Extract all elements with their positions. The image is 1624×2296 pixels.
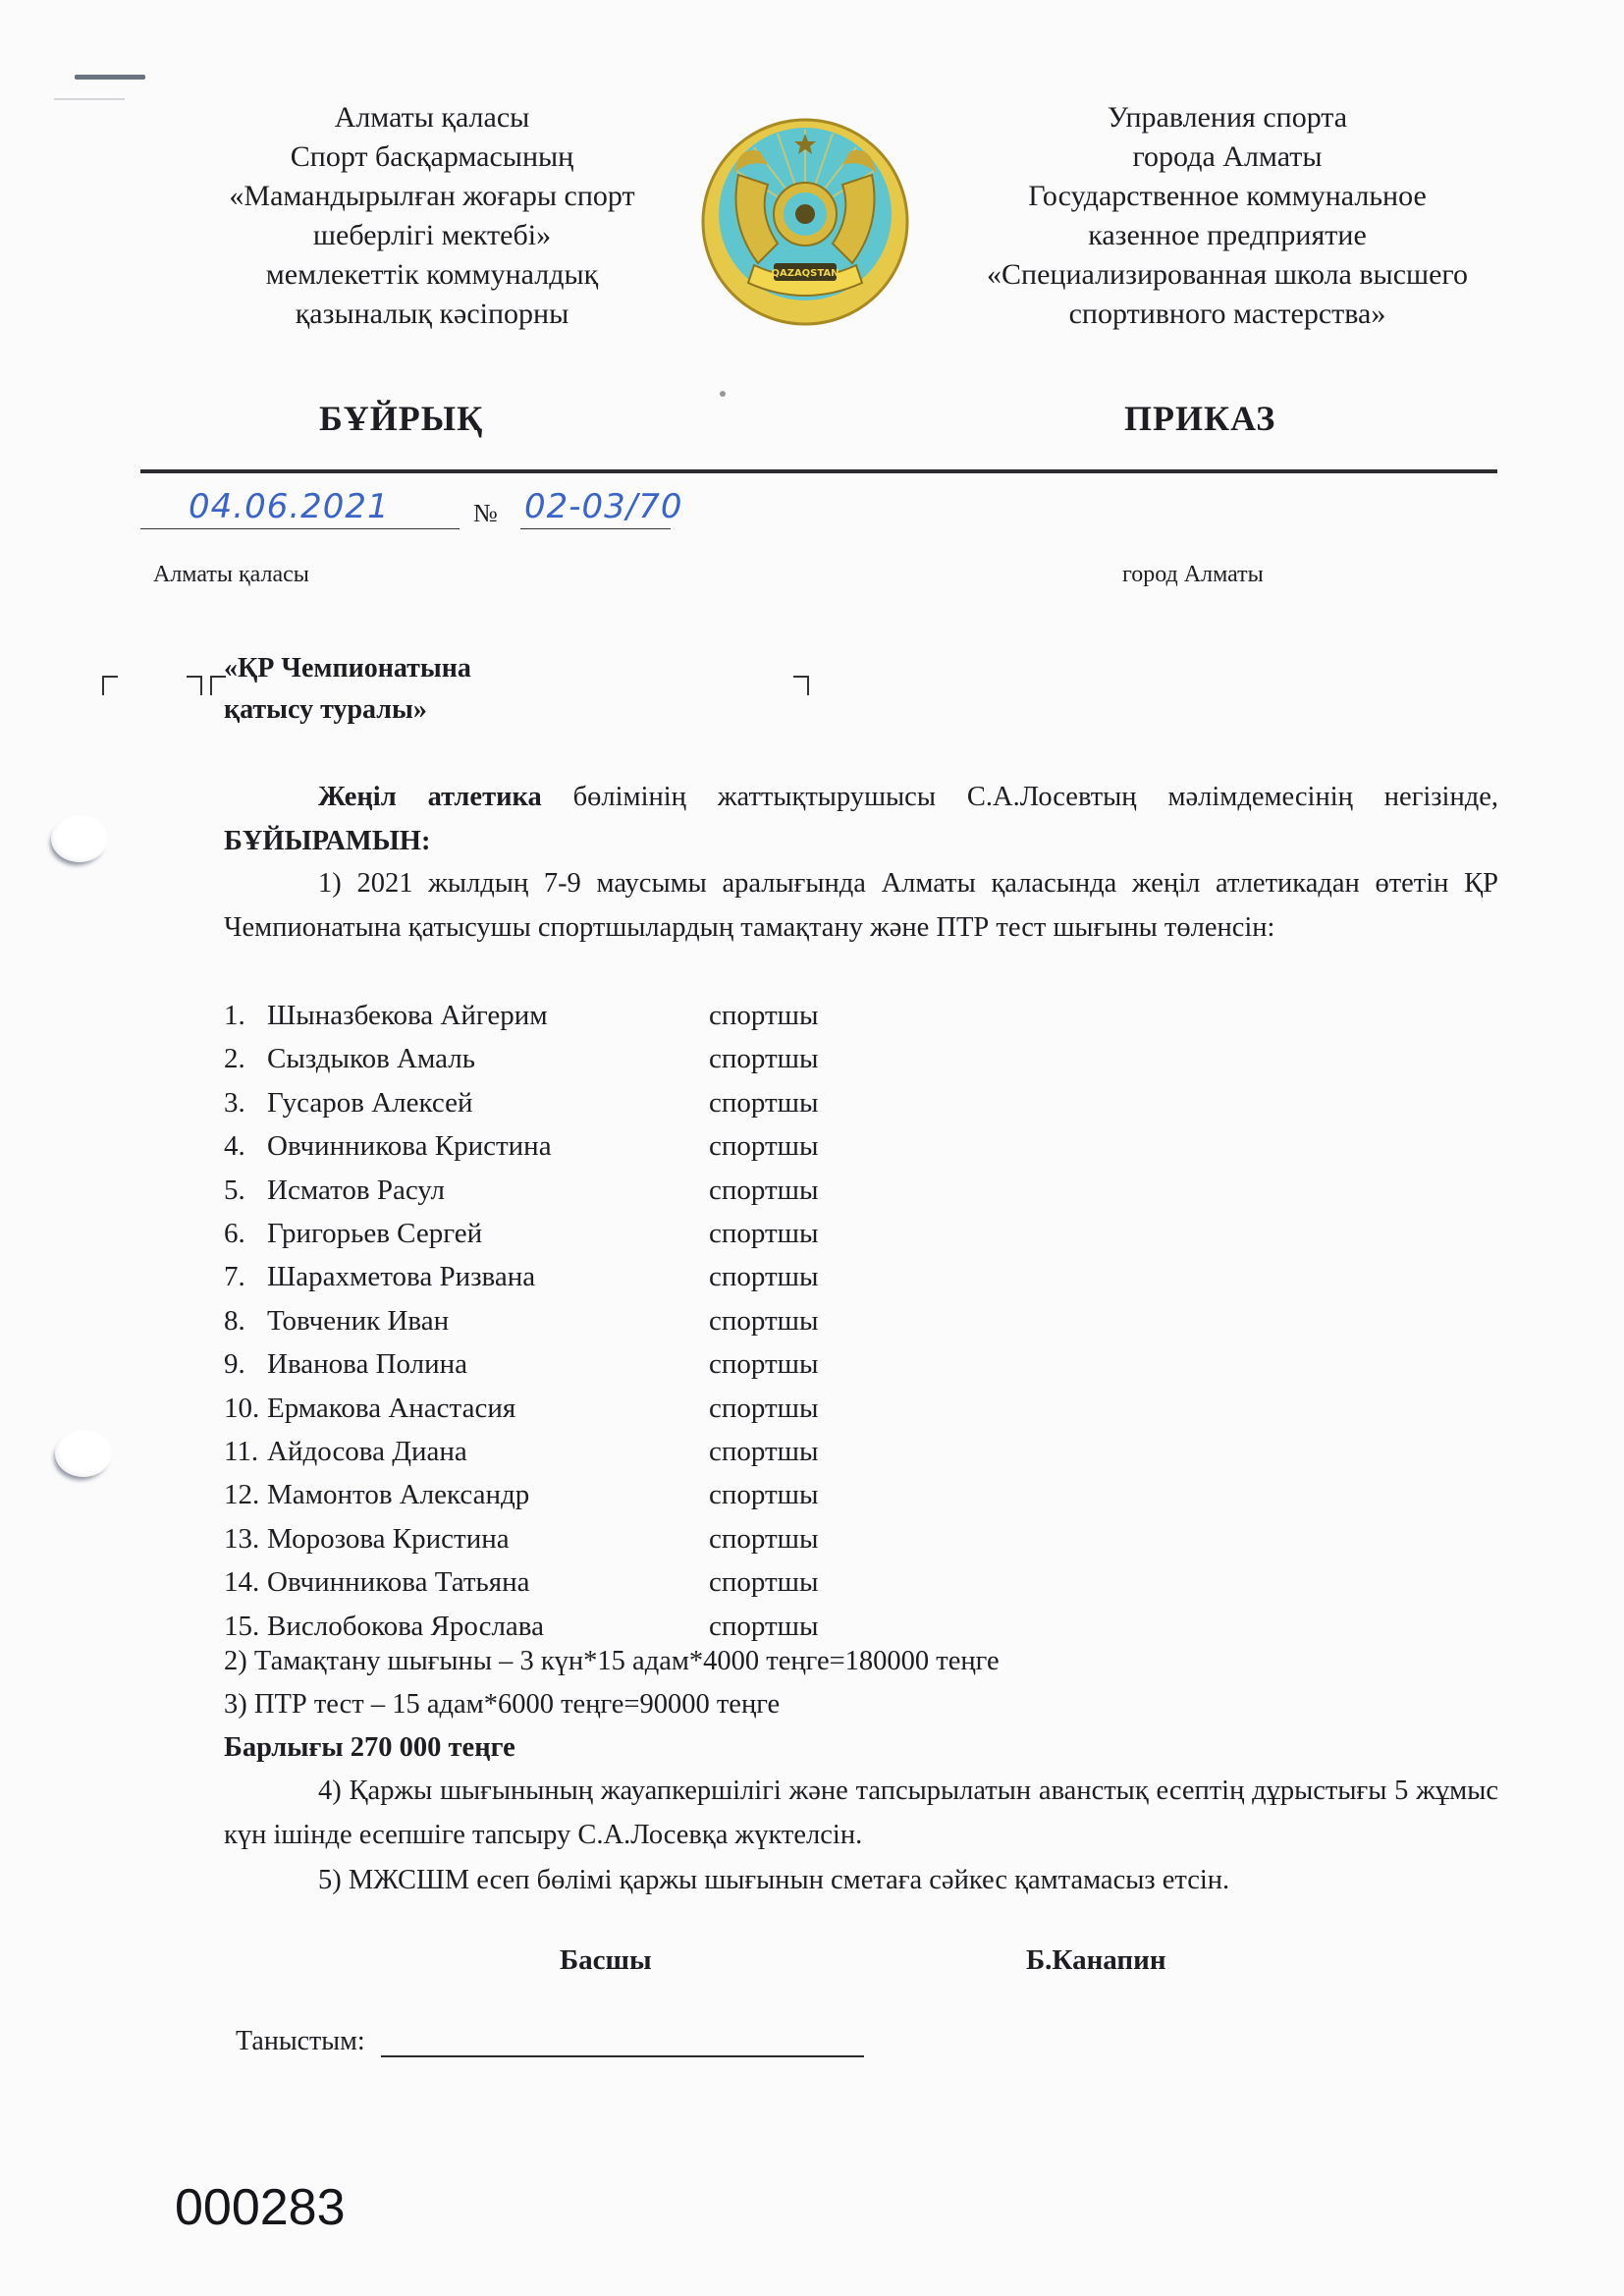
scan-speck <box>720 391 726 397</box>
athlete-name: Морозова Кристина <box>267 1517 709 1560</box>
list-item: 5.Исматов Расулспортшы <box>224 1169 846 1212</box>
athlete-name: Иванова Полина <box>267 1342 709 1386</box>
list-item: 3.Гусаров Алексейспортшы <box>224 1081 846 1124</box>
athlete-name: Гусаров Алексей <box>267 1081 709 1124</box>
athlete-role: спортшы <box>709 1255 846 1298</box>
number-underline <box>520 528 671 529</box>
athlete-name: Мамонтов Александр <box>267 1473 709 1516</box>
athlete-index: 14. <box>224 1560 267 1604</box>
subject-corner-mark <box>793 676 809 695</box>
subject-corner-mark <box>102 676 118 695</box>
kazakhstan-emblem-icon: QAZAQSTAN <box>699 116 911 328</box>
athlete-name: Исматов Расул <box>267 1169 709 1212</box>
city-ru: город Алматы <box>1122 562 1264 588</box>
list-item: 4.Овчинникова Кристинаспортшы <box>224 1124 846 1168</box>
athlete-name: Овчинникова Татьяна <box>267 1560 709 1604</box>
order-number: 02-03/70 <box>524 487 683 526</box>
athlete-index: 7. <box>224 1255 267 1298</box>
athlete-index: 10. <box>224 1387 267 1430</box>
athlete-role: спортшы <box>709 1299 846 1342</box>
athlete-index: 9. <box>224 1342 267 1386</box>
food-cost: 2) Тамақтану шығыны – 3 күн*15 адам*4000… <box>224 1640 1498 1684</box>
acknowledged-line <box>381 2055 864 2057</box>
athlete-name: Товченик Иван <box>267 1299 709 1342</box>
list-item: 1.Шыназбекова Айгеримспортшы <box>224 994 846 1037</box>
order-date: 04.06.2021 <box>189 487 390 526</box>
athlete-role: спортшы <box>709 1212 846 1255</box>
list-item: 6.Григорьев Сергейспортшы <box>224 1212 846 1255</box>
header-rule <box>140 469 1497 473</box>
athlete-index: 4. <box>224 1124 267 1168</box>
athlete-index: 3. <box>224 1081 267 1124</box>
total-cost: Барлығы 270 000 теңге <box>224 1726 1498 1771</box>
athlete-index: 12. <box>224 1473 267 1516</box>
list-item: 11.Айдосова Дианаспортшы <box>224 1430 846 1473</box>
intro-paragraph: Жеңіл атлетика бөлімінің жаттықтырушысы … <box>224 776 1498 863</box>
athlete-index: 8. <box>224 1299 267 1342</box>
athlete-name: Ермакова Анастасия <box>267 1387 709 1430</box>
signature-title: Басшы <box>560 1944 652 1977</box>
athlete-index: 6. <box>224 1212 267 1255</box>
athlete-role: спортшы <box>709 1342 846 1386</box>
title-ru: ПРИКАЗ <box>1124 398 1275 439</box>
athlete-role: спортшы <box>709 1387 846 1430</box>
punch-hole-icon <box>55 1430 112 1477</box>
title-kz: БҰЙРЫҚ <box>319 398 483 439</box>
header-org-kz: Алматы қаласы Спорт басқармасының «Маман… <box>157 98 707 334</box>
athlete-index: 2. <box>224 1037 267 1080</box>
athlete-role: спортшы <box>709 994 846 1037</box>
athlete-index: 13. <box>224 1517 267 1560</box>
athletes-list: 1.Шыназбекова Айгеримспортшы2.Сыздыков А… <box>224 994 846 1648</box>
athlete-role: спортшы <box>709 1473 846 1516</box>
punch-hole-icon <box>51 815 108 862</box>
date-underline <box>140 528 460 529</box>
list-item: 10.Ермакова Анастасияспортшы <box>224 1387 846 1430</box>
athlete-role: спортшы <box>709 1517 846 1560</box>
athlete-name: Шыназбекова Айгерим <box>267 994 709 1037</box>
athlete-role: спортшы <box>709 1560 846 1604</box>
item-1: 1) 2021 жылдың 7-9 маусымы аралығында Ал… <box>224 862 1498 950</box>
athlete-role: спортшы <box>709 1124 846 1168</box>
pcr-cost: 3) ПТР тест – 15 адам*6000 теңге=90000 т… <box>224 1683 1498 1727</box>
athlete-index: 1. <box>224 994 267 1037</box>
athlete-name: Григорьев Сергей <box>267 1212 709 1255</box>
list-item: 12.Мамонтов Александрспортшы <box>224 1473 846 1516</box>
item-4: 4) Қаржы шығынының жауапкершілігі және т… <box>224 1770 1498 1857</box>
svg-text:QAZAQSTAN: QAZAQSTAN <box>771 268 839 279</box>
athlete-role: спортшы <box>709 1430 846 1473</box>
staple-mark <box>75 75 145 80</box>
list-item: 14.Овчинникова Татьянаспортшы <box>224 1560 846 1604</box>
list-item: 9.Иванова Полинаспортшы <box>224 1342 846 1386</box>
athlete-role: спортшы <box>709 1081 846 1124</box>
number-sign: № <box>473 499 498 528</box>
list-item: 13.Морозова Кристинаспортшы <box>224 1517 846 1560</box>
athlete-name: Овчинникова Кристина <box>267 1124 709 1168</box>
document-number: 000283 <box>175 2178 346 2237</box>
item-5: 5) МЖСШМ есеп бөлімі қаржы шығынын смета… <box>224 1859 1498 1903</box>
staple-shadow <box>54 98 125 100</box>
athlete-role: спортшы <box>709 1037 846 1080</box>
list-item: 7.Шарахметова Ризванаспортшы <box>224 1255 846 1298</box>
header-org-ru: Управления спорта города Алматы Государс… <box>938 98 1517 334</box>
athlete-name: Шарахметова Ризвана <box>267 1255 709 1298</box>
athlete-role: спортшы <box>709 1169 846 1212</box>
athlete-index: 5. <box>224 1169 267 1212</box>
city-kz: Алматы қаласы <box>153 562 309 588</box>
signature-name: Б.Канапин <box>1026 1944 1166 1977</box>
list-item: 8.Товченик Иванспортшы <box>224 1299 846 1342</box>
acknowledged-label: Таныстым: <box>236 2026 365 2057</box>
athlete-name: Сыздыков Амаль <box>267 1037 709 1080</box>
list-item: 2.Сыздыков Амальспортшы <box>224 1037 846 1080</box>
athlete-name: Айдосова Диана <box>267 1430 709 1473</box>
subject-corner-mark <box>187 676 202 695</box>
order-subject: «ҚР Чемпионатына қатысу туралы» <box>224 648 471 731</box>
athlete-index: 11. <box>224 1430 267 1473</box>
